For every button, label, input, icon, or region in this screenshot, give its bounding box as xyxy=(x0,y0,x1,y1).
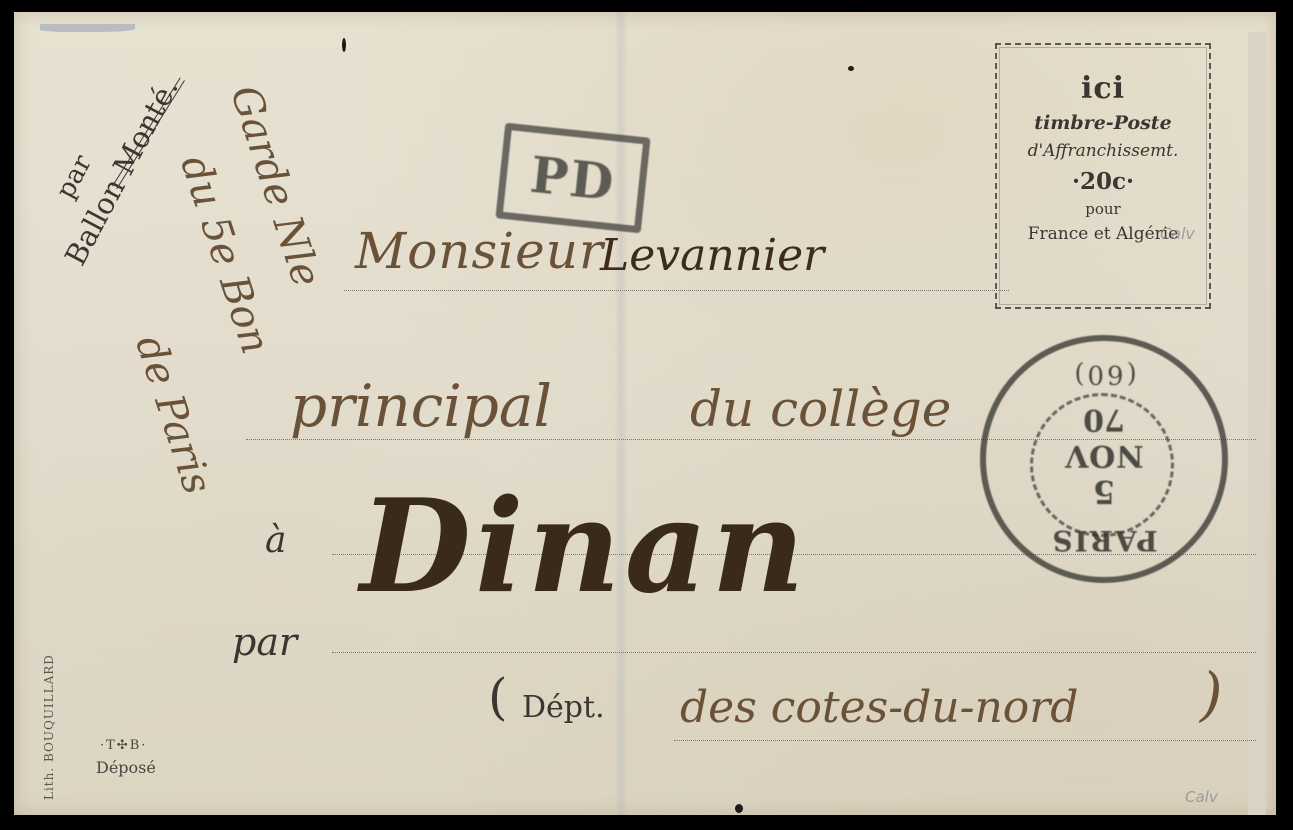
stamp-line-5: pour xyxy=(997,200,1209,218)
address-city: Dinan xyxy=(360,472,809,622)
address-guideline-1 xyxy=(344,290,1009,291)
postmark-year: 70 xyxy=(986,402,1222,437)
address-close-paren: ) xyxy=(1200,660,1223,728)
address-prefix-via: par xyxy=(232,620,297,664)
postmark-city: PARIS xyxy=(986,524,1222,557)
address-name: Levannier xyxy=(600,230,824,281)
address-prefix-to: à xyxy=(265,520,286,561)
stamp-line-2: timbre-Poste xyxy=(997,112,1209,134)
fold-line xyxy=(614,12,628,815)
ink-speck xyxy=(342,38,346,52)
stamp-line-3: d'Affranchissemt. xyxy=(997,141,1209,161)
ink-speck xyxy=(735,804,743,813)
address-dept-name: des cotes-du-nord xyxy=(680,682,1078,733)
deposited-label: Déposé xyxy=(96,758,156,777)
postmark-day: 5 xyxy=(986,473,1222,511)
address-guideline-4 xyxy=(332,652,1256,653)
postmark-code: (60) xyxy=(986,359,1222,389)
postmark-text: PARIS 5 NOV 70 (60) xyxy=(986,341,1222,577)
stamp-line-1: ici xyxy=(997,71,1209,106)
address-guideline-5 xyxy=(674,740,1256,741)
pencil-note-stamp: Calv xyxy=(1160,224,1195,243)
address-open-paren: ( xyxy=(488,668,508,726)
paper-back-edge xyxy=(1248,32,1266,815)
stamp-box: ici timbre-Poste d'Affranchissemt. ·20c·… xyxy=(995,43,1211,309)
postmark-month: NOV xyxy=(986,438,1222,473)
ink-speck xyxy=(848,66,854,71)
address-title: principal xyxy=(290,372,552,440)
paris-postmark: PARIS 5 NOV 70 (60) xyxy=(980,335,1228,583)
printer-imprint: Lith. BOUQUILLARD xyxy=(42,654,56,800)
address-institution: du collège xyxy=(690,380,951,438)
address-salutation: Monsieur xyxy=(355,222,604,280)
pencil-note-corner: Calv xyxy=(1185,788,1218,806)
torn-edge xyxy=(40,24,135,32)
pd-cancel-mark: PD xyxy=(495,123,650,234)
address-dept-label: Dépt. xyxy=(522,690,605,725)
printer-mark: ·T✣B· xyxy=(100,738,147,753)
stamp-value: ·20c· xyxy=(997,168,1209,195)
